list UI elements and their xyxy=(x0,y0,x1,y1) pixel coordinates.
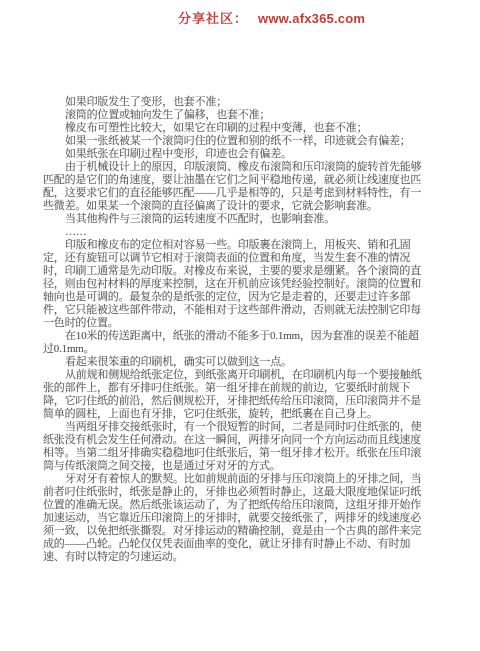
site-url-text: www.afx365.com xyxy=(258,11,365,26)
site-name-label: 分享社区： xyxy=(178,8,248,27)
text-line: 相等。当第二组牙排确实稳稳地叼住纸张后，第一组牙排才松开。纸张在压印滚 xyxy=(43,447,429,460)
text-line: 如果一张纸被某一个滚筒叼住的位置和别的纸不一样，印迹就会有偏差； xyxy=(43,135,429,148)
text-line: 牙对牙有着惊人的默契。比如前规前面的牙排与压印滚筒上的牙排之间，当 xyxy=(43,473,429,486)
text-line: 当两组牙排交接纸张时，有一个很短暂的时间，二者是同时叼住纸张的，使 xyxy=(43,421,429,434)
text-line: 看起来很笨重的印刷机，确实可以做到这一点。 xyxy=(43,356,429,369)
text-line: 降，它叼住纸的前沿，然后侧规松开，牙排把纸传给压印滚筒，压印滚筒并不是 xyxy=(43,395,429,408)
site-watermark: 分享社区： www.afx365.com xyxy=(178,8,365,27)
text-line: 须一致，以免把纸张撕裂。对牙排运动的精确控制，竟是由一个古典的部件来完 xyxy=(43,525,429,538)
text-line: 筒与传纸滚筒之间交接，也是通过牙对牙的方式。 xyxy=(43,460,429,473)
text-line: 前者叼住纸张时，纸张是静止的，牙排也必须暂时静止，这最大限度地保证叼纸 xyxy=(43,486,429,499)
text-line: 如果纸张在印刷过程中变形，印迹也会有偏差。 xyxy=(43,148,429,161)
text-line: 当其他构件与三滚筒的运转速度不匹配时，也影响套准。 xyxy=(43,213,429,226)
text-line: 纸张没有机会发生任何滑动。在这一瞬间，两排牙向同一个方向运动而且线速度 xyxy=(43,434,429,447)
text-line: 过0.1mm。 xyxy=(43,343,429,356)
text-line: 滚筒的位置或轴向发生了偏移，也套不准； xyxy=(43,109,429,122)
text-line: 配，这要求它们的直径能够匹配——几乎是相等的，只是考虑到材料特性，有一 xyxy=(43,187,429,200)
text-line: 件，它只能被这些部件带动，不能相对于这些部件滑动，否则就无法控制它印每 xyxy=(43,304,429,317)
text-line: 些微差。如果某一个滚筒的直径偏离了设计的要求，它就会影响套准。 xyxy=(43,200,429,213)
text-line: 成的——凸轮。凸轮仅仅凭表面曲率的变化，就让牙排有时静止不动、有时加 xyxy=(43,538,429,551)
document-page: 分享社区： www.afx365.com 如果印版发生了变形，也套不准；滚筒的位… xyxy=(0,0,480,651)
text-line: 张的部件上，都有牙排叼住纸张。第一组牙排在前规的前边，它要纸时前规下 xyxy=(43,382,429,395)
text-line: 加速运动，当它靠近压印滚筒上的牙排时，就要交接纸张了，两排牙的线速度必 xyxy=(43,512,429,525)
text-line: 由于机械设计上的原因，印版滚筒、橡皮布滚筒和压印滚筒的旋转首先能够 xyxy=(43,161,429,174)
text-line: 定，还有旋钮可以调节它相对于滚筒表面的位置和角度，当发生套不准的情况 xyxy=(43,252,429,265)
text-line: 位置的准确无误。然后纸张该运动了，为了把纸传给压印滚筒，这组牙排开始作 xyxy=(43,499,429,512)
text-line: 轴向也是可调的。最复杂的是纸张的定位，因为它是走着的，还要走过许多部 xyxy=(43,291,429,304)
text-line: 从前规和侧规给纸张定位，到纸张离开印刷机，在印刷机内每一个要接触纸 xyxy=(43,369,429,382)
text-line: 匹配的是它们的角速度，要让油墨在它们之间平稳地传递，就必须让线速度也匹 xyxy=(43,174,429,187)
document-body: 如果印版发生了变形，也套不准；滚筒的位置或轴向发生了偏移，也套不准；橡皮布可塑性… xyxy=(43,96,429,564)
text-line: 在10米的传送距离中，纸张的滑动不能多于0.1mm，因为套准的误差不能超 xyxy=(43,330,429,343)
text-line: 如果印版发生了变形，也套不准； xyxy=(43,96,429,109)
text-line: 简单的圆柱，上面也有牙排，它叼住纸张，旋转，把纸裹在自己身上。 xyxy=(43,408,429,421)
text-line: 径，则由包衬材料的厚度来控制，这在开机前应该凭经验控制好。滚筒的位置和 xyxy=(43,278,429,291)
text-line: 速、有时以特定的匀速运动。 xyxy=(43,551,429,564)
text-line: 印版和橡皮布的定位相对容易一些。印版裹在滚筒上，用板夹、销和孔固 xyxy=(43,239,429,252)
text-line: 橡皮布可塑性比较大，如果它在印刷的过程中变薄，也套不准； xyxy=(43,122,429,135)
text-line: 时，印刷工通常是先动印版。对橡皮布来说，主要的要求是绷紧。各个滚筒的直 xyxy=(43,265,429,278)
text-line: …… xyxy=(43,226,429,239)
text-line: 一色时的位置。 xyxy=(43,317,429,330)
